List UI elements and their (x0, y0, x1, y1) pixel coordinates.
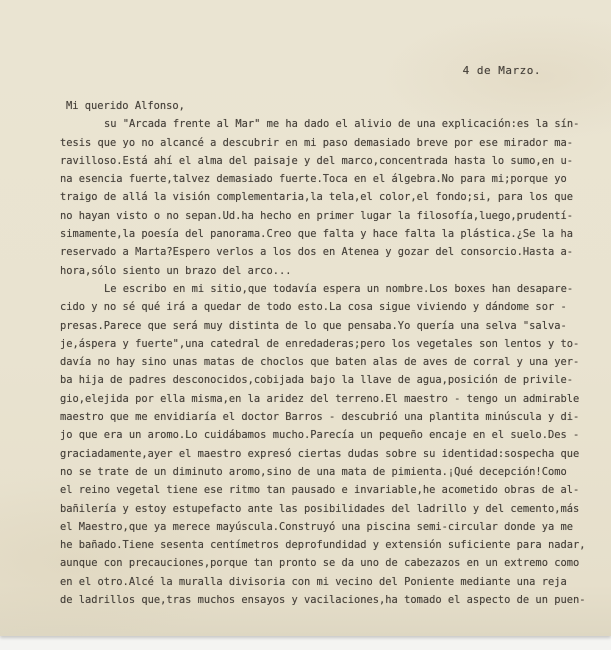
letter-line: je,áspera y fuerte",una catedral de enre… (60, 335, 584, 353)
letter-line: de ladrillos que,tras muchos ensayos y v… (60, 591, 584, 609)
letter-body: Mi querido Alfonso, su "Arcada frente al… (60, 97, 584, 609)
letter-line: jo que era un aromo.Lo cuidábamos mucho.… (60, 426, 584, 444)
letter-line: na esencia fuerte,talvez demasiado fuert… (60, 170, 584, 188)
letter-line: el Maestro,que ya merece mayúscula.Const… (60, 518, 584, 536)
letter-scan: 4 de Marzo. Mi querido Alfonso, su "Arca… (0, 0, 611, 650)
letter-line: cido y no sé qué irá a quedar de todo es… (60, 298, 584, 316)
letter-line: davía no hay sino unas matas de choclos … (60, 353, 584, 371)
letter-line: simamente,la poesía del panorama.Creo qu… (60, 225, 584, 243)
letter-line: su "Arcada frente al Mar" me ha dado el … (60, 115, 584, 133)
letter-line: en el otro.Alcé la muralla divisoria con… (60, 573, 584, 591)
letter-line: ravilloso.Está ahí el alma del paisaje y… (60, 152, 584, 170)
letter-line: bañilería y estoy estupefacto ante las p… (60, 500, 584, 518)
letter-line: aunque con precauciones,porque tan pront… (60, 554, 584, 572)
letter-line: ba hija de padres desconocidos,cobijada … (60, 371, 584, 389)
letter-line: presas.Parece que será muy distinta de l… (60, 317, 584, 335)
letter-date: 4 de Marzo. (463, 64, 541, 77)
letter-line: el reino vegetal tiene ese ritmo tan pau… (60, 481, 584, 499)
letter-line: no se trate de un diminuto aromo,sino de… (60, 463, 584, 481)
letter-paragraph-2: Le escribo en mi sitio,que todavía esper… (60, 280, 584, 609)
letter-line: no hayan visto o no sepan.Ud.ha hecho en… (60, 207, 584, 225)
letter-line: hora,sólo siento un brazo del arco... (60, 262, 584, 280)
letter-line: traigo de allá la visión complementaria,… (60, 188, 584, 206)
letter-line: reservado a Marta?Espero verlos a los do… (60, 243, 584, 261)
letter-line: Le escribo en mi sitio,que todavía esper… (60, 280, 584, 298)
letter-line: graciadamente,ayer el maestro expresó ci… (60, 445, 584, 463)
letter-salutation: Mi querido Alfonso, (60, 97, 584, 115)
letter-line: he bañado.Tiene sesenta centímetros depr… (60, 536, 584, 554)
letter-line: maestro que me envidiaría el doctor Barr… (60, 408, 584, 426)
letter-paragraph-1: su "Arcada frente al Mar" me ha dado el … (60, 115, 584, 280)
letter-line: gio,elejida por ella misma,en la aridez … (60, 390, 584, 408)
letter-line: tesis que yo no alcancé a descubrir en m… (60, 134, 584, 152)
letter-paper: 4 de Marzo. Mi querido Alfonso, su "Arca… (0, 0, 611, 636)
